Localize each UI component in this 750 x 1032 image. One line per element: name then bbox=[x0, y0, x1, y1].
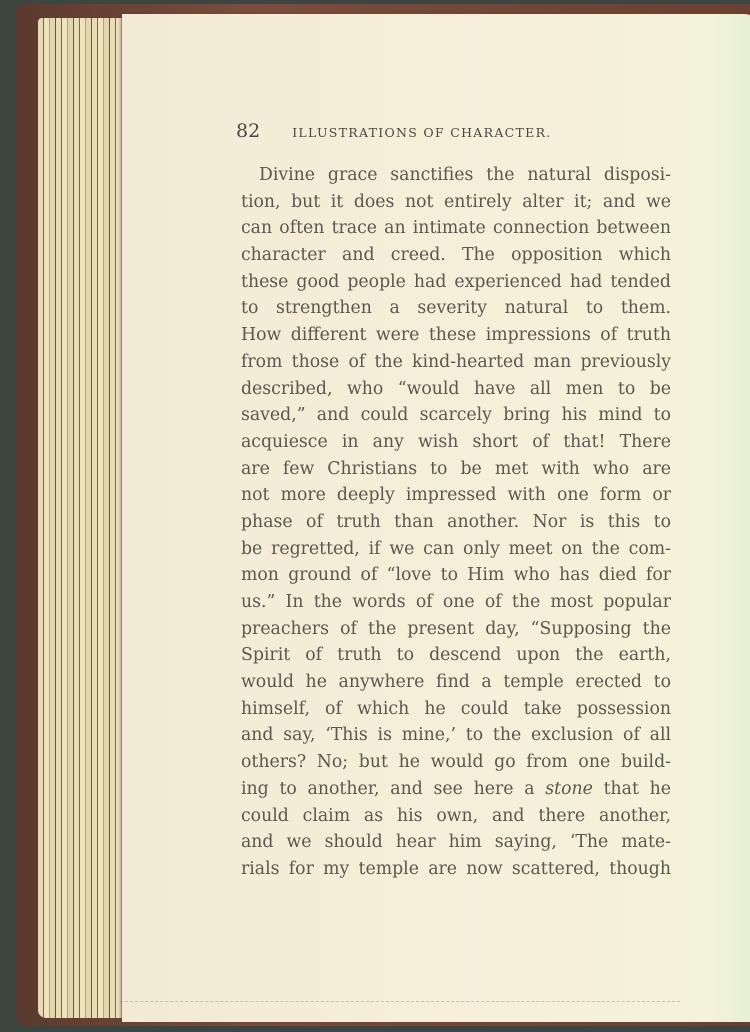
text-line: Spirit of truth to descend upon the eart… bbox=[241, 642, 671, 669]
text-line: preachers of the present day, “Supposing… bbox=[241, 616, 671, 643]
text-line: from those of the kind-hearted man previ… bbox=[241, 349, 671, 376]
text-fragment: ing to another, and see here a bbox=[241, 779, 545, 799]
text-line: acquiesce in any wish short of that! The… bbox=[241, 429, 671, 456]
text-line: tion, but it does not entirely alter it;… bbox=[241, 189, 671, 216]
text-line: saved,” and could scarcely bring his min… bbox=[241, 402, 671, 429]
text-line: phase of truth than another. Nor is this… bbox=[241, 509, 671, 536]
text-line: can often trace an intimate connection b… bbox=[241, 215, 671, 242]
text-line: these good people had experienced had te… bbox=[241, 269, 671, 296]
text-line: could claim as his own, and there anothe… bbox=[241, 803, 671, 830]
text-line: not more deeply impressed with one form … bbox=[241, 482, 671, 509]
text-line: others? No; but he would go from one bui… bbox=[241, 749, 671, 776]
text-line: rials for my temple are now scattered, t… bbox=[241, 856, 671, 883]
text-line: are few Christians to be met with who ar… bbox=[241, 456, 671, 483]
text-line: would he anywhere find a temple erected … bbox=[241, 669, 671, 696]
body-text: Divine grace sanctifies the natural disp… bbox=[241, 162, 671, 883]
text-line: and say, ‘This is mine,’ to the exclusio… bbox=[241, 722, 671, 749]
page-bottom-foxing bbox=[120, 995, 680, 1002]
text-line-with-italic: ing to another, and see here a stone tha… bbox=[241, 776, 671, 803]
text-fragment: that he bbox=[593, 779, 671, 799]
text-line: be regretted, if we can only meet on the… bbox=[241, 536, 671, 563]
page-number: 82 bbox=[236, 120, 260, 142]
running-head: 82 ILLUSTRATIONS OF CHARACTER. bbox=[236, 120, 676, 142]
text-line: to strengthen a severity natural to them… bbox=[241, 295, 671, 322]
text-line: mon ground of “love to Him who has died … bbox=[241, 562, 671, 589]
italic-word: stone bbox=[545, 779, 593, 799]
text-line: How different were these impressions of … bbox=[241, 322, 671, 349]
text-line: himself, of which he could take possessi… bbox=[241, 696, 671, 723]
text-line: described, who “would have all men to be bbox=[241, 376, 671, 403]
text-line: Divine grace sanctifies the natural disp… bbox=[241, 162, 671, 189]
text-line: us.” In the words of one of the most pop… bbox=[241, 589, 671, 616]
running-head-title: ILLUSTRATIONS OF CHARACTER. bbox=[292, 125, 551, 140]
text-line: character and creed. The opposition whic… bbox=[241, 242, 671, 269]
text-line: and we should hear him saying, ‘The mate… bbox=[241, 829, 671, 856]
